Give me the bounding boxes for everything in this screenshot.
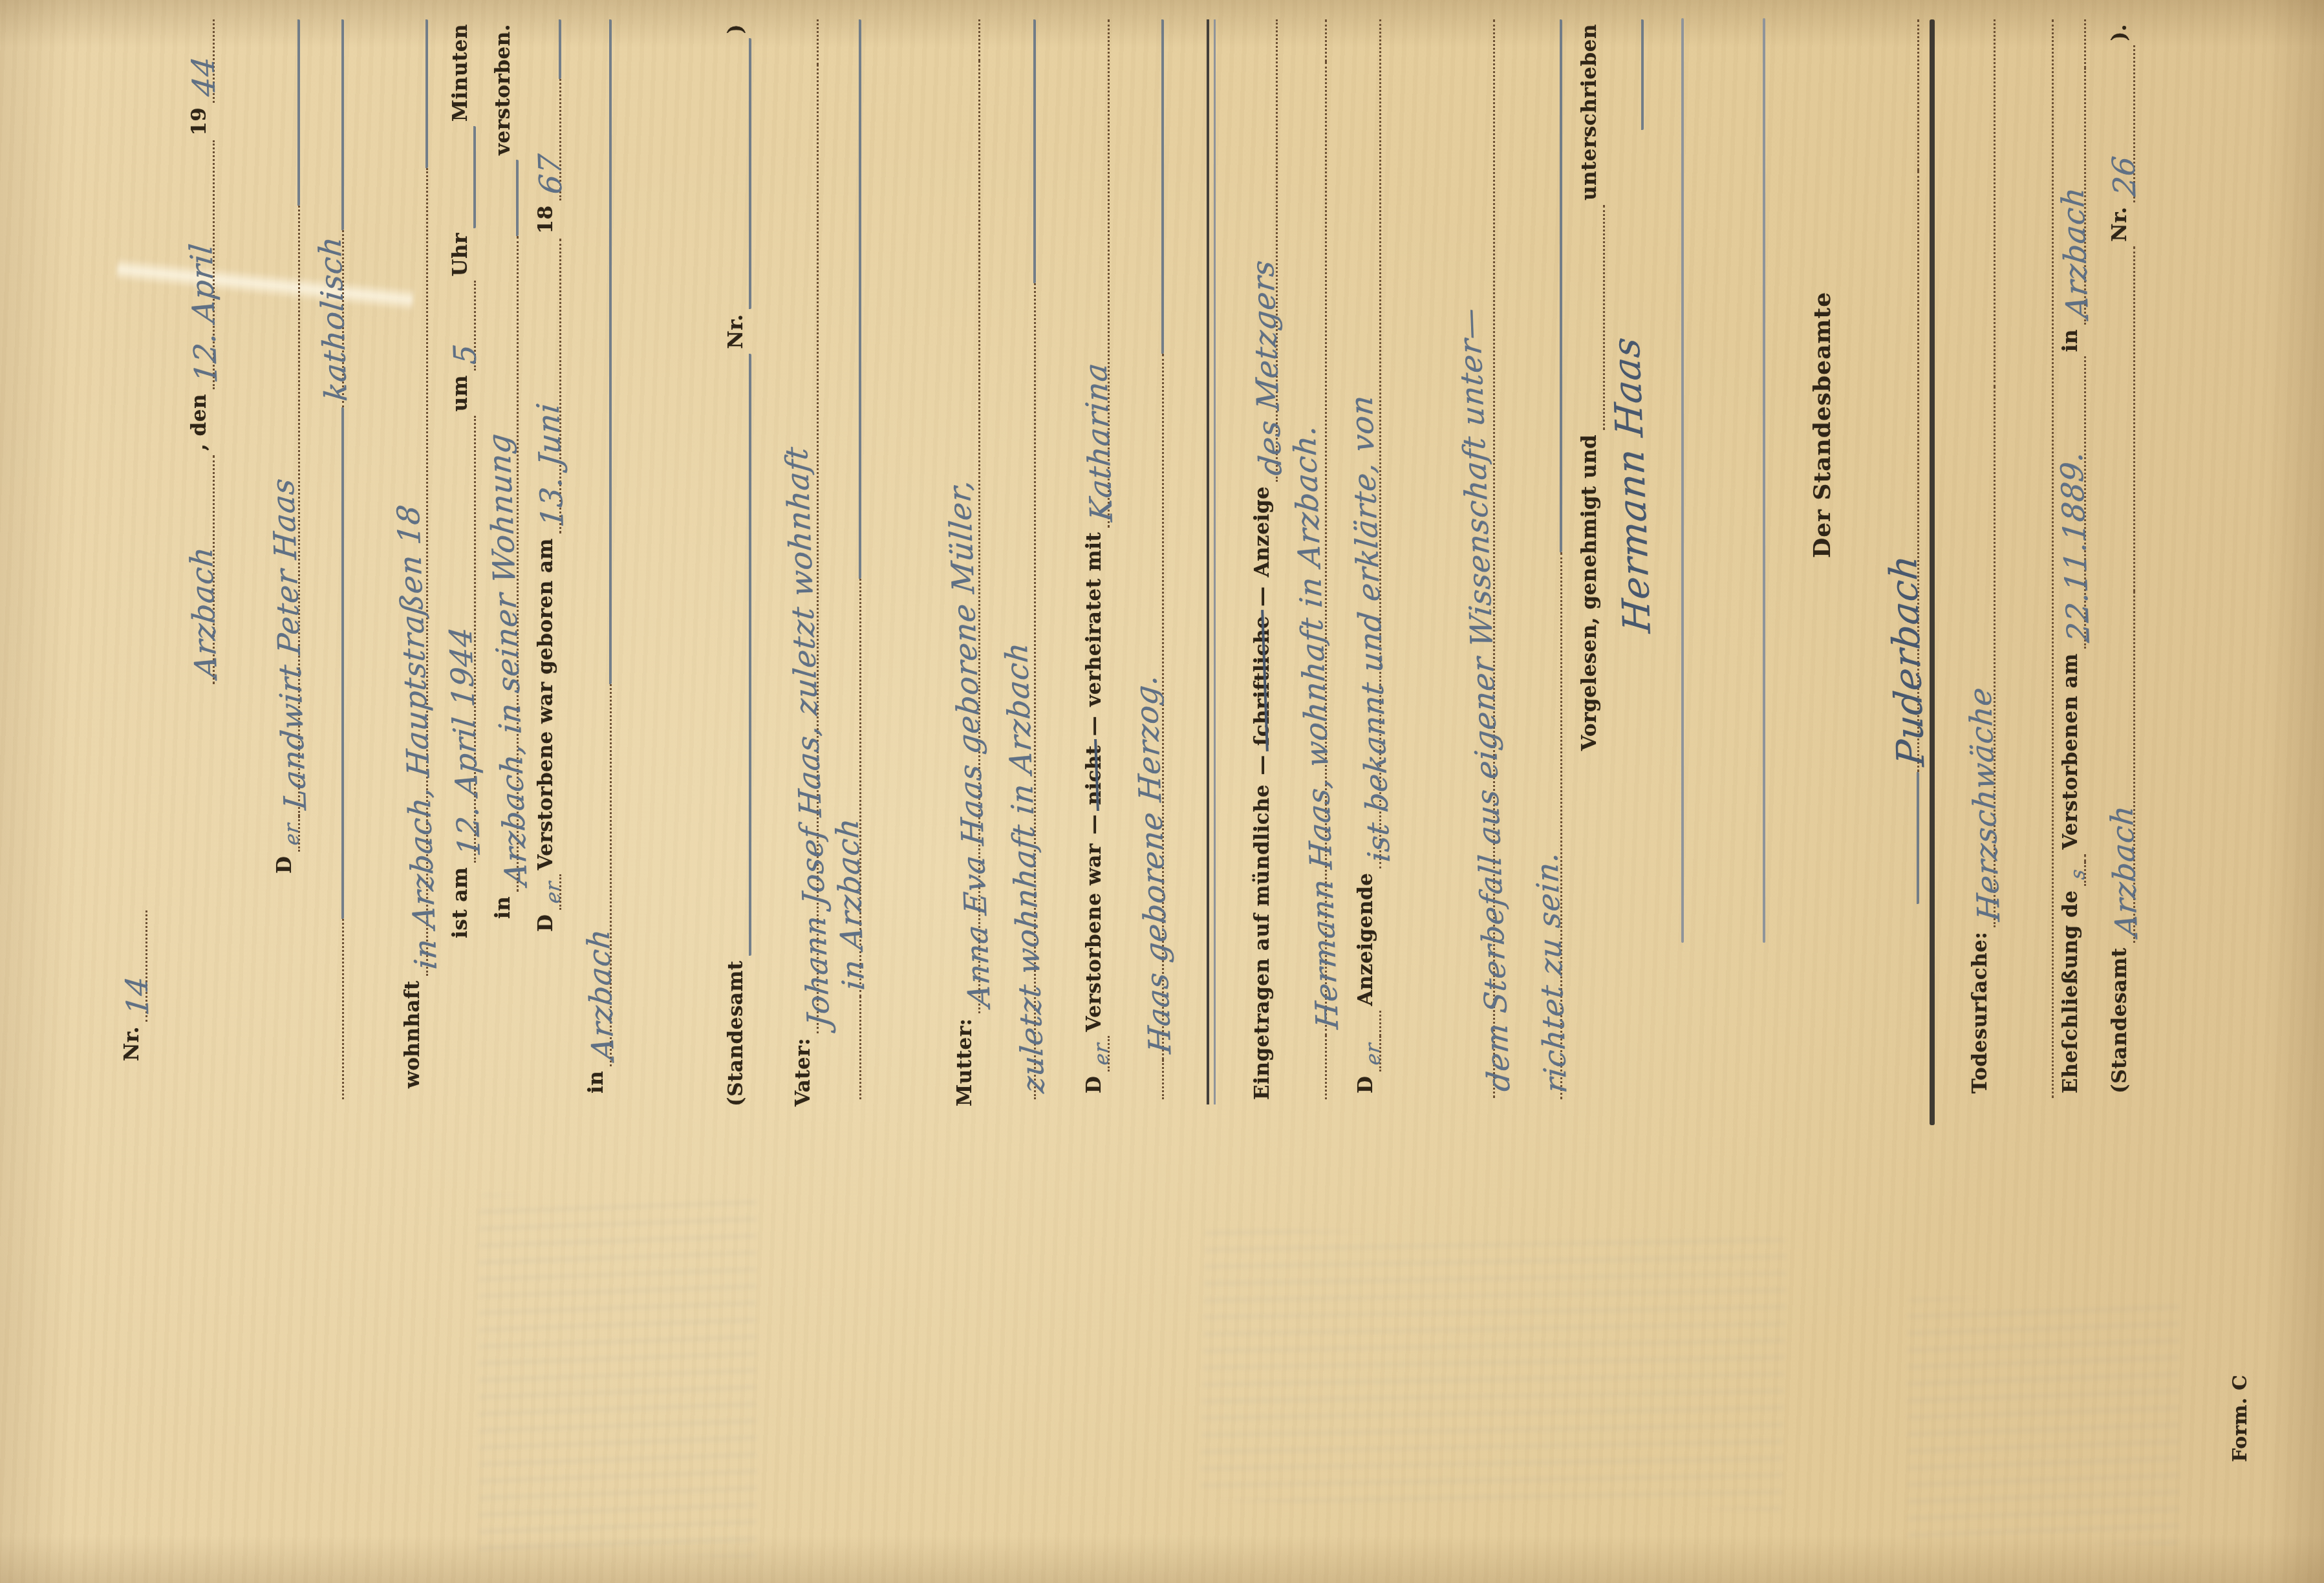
handwriting-text: in Arzbach <box>834 817 868 991</box>
handwriting-text: 12. April <box>188 242 221 384</box>
ink-fill-stroke <box>553 19 561 79</box>
handwriting-text: Haas geborene Herzog. <box>1132 673 1174 1055</box>
handwritten-entry: ist bekannt und erklärte, von <box>1352 19 1381 868</box>
printed-label: Mutter: <box>955 1014 980 1112</box>
handwritten-entry: er <box>1090 1037 1110 1071</box>
handwriting-text: zuletzt wohnhaft in Arzbach <box>1003 641 1048 1094</box>
handwriting-text: ist bekannt und erklärte, von <box>1348 393 1393 863</box>
ink-fill-stroke <box>1156 19 1164 354</box>
informant-status-line: DerAnzeigendeist bekannt und erklärte, v… <box>1332 19 1381 1098</box>
registrar-signature-line: Puderbach <box>1870 19 1919 904</box>
handwritten-entry: 14 <box>119 910 147 1022</box>
printed-label: D <box>1084 1071 1110 1098</box>
dotted-leader <box>1156 1060 1164 1099</box>
place-date-line: Arzbach, den12. April1944 <box>166 19 215 684</box>
dotted-leader <box>336 919 344 1099</box>
printed-label: Form. C <box>2231 1370 2255 1467</box>
handwritten-entry: er <box>542 875 561 910</box>
dotted-leader <box>1319 1035 1327 1099</box>
printed-label: Der Standesbeamte <box>1811 287 1839 563</box>
printed-label: Verstorbene war <box>1084 839 1110 1036</box>
dotted-leader <box>973 19 980 61</box>
printed-label: Eingetragen auf mündliche <box>1253 780 1278 1104</box>
bleedthrough-mark <box>1908 1298 2179 1544</box>
form-label-line: Form. C <box>2206 1195 2255 1467</box>
dotted-leader <box>1911 19 1919 171</box>
printed-label: Nr. <box>726 309 751 353</box>
printed-label: D <box>536 910 561 936</box>
handwriting-text: 67 <box>536 153 565 195</box>
handwritten-entry: Hermann Haas, wohnhaft in Arzbach. <box>1298 62 1327 1035</box>
printed-label: Todesurſache: <box>1970 927 1996 1098</box>
printed-label: , den <box>189 389 215 455</box>
ink-fill-stroke <box>336 407 344 919</box>
printed-label: Nr. <box>2110 202 2135 246</box>
handwriting-text: er <box>1092 1042 1110 1066</box>
handwriting-text: Puderbach <box>1886 553 1928 767</box>
informant-statement-line-2: richtet zu sein. <box>1513 19 1562 1099</box>
notice-line: Eingetragen auf mündliche—ſchriftliche—A… <box>1229 19 1278 1104</box>
handwriting-text: s <box>2069 868 2087 880</box>
handwriting-text: er <box>1364 1042 1382 1066</box>
printed-label: (Standesamt <box>726 956 751 1111</box>
residence-line: wohnhaftin Arzbach, Hauptstraßen 18 <box>379 19 428 1093</box>
dotted-leader <box>854 996 861 1099</box>
printed-label: Nr. <box>122 1022 147 1066</box>
cause-of-death-line: Todesurſache:Herzschwäche <box>1946 19 1996 1098</box>
blank-signature-rule-2 <box>1763 18 1765 943</box>
printed-label: (Standesamt <box>2110 943 2135 1098</box>
handwritten-entry: katholisch <box>315 230 344 408</box>
handwriting-text: Arzbach <box>188 545 221 679</box>
blank-signature-rule-1 <box>1681 18 1684 943</box>
handwriting-text: Hermann Haas <box>1609 336 1654 634</box>
printed-label: 18 <box>536 200 561 238</box>
dotted-leader <box>2078 854 2086 862</box>
handwritten-entry: Arzbach <box>186 455 215 684</box>
printed-label: Verstorbene war geboren am <box>536 533 561 874</box>
printed-label: ). <box>2110 19 2135 45</box>
printed-label: — <box>1253 581 1278 611</box>
printed-label: ) <box>726 19 751 38</box>
dotted-leader <box>2078 19 2086 68</box>
spouse-line: Haas geborene Herzog. <box>1115 19 1164 1099</box>
bleedthrough-mark <box>1200 1229 1787 1511</box>
entry-number-line: Nr.14 <box>98 910 147 1066</box>
informant-statement-line: dem Sterbefall aus eigener Wissenschaft … <box>1446 19 1495 1098</box>
handwritten-entry: 44 <box>186 19 215 103</box>
handwritten-entry: zuletzt wohnhaft in Arzbach <box>1007 283 1036 1099</box>
marriage-registry-line: (StandesamtArzbachNr.26). <box>2086 19 2135 1098</box>
handwritten-entry: dem Sterbefall aus eigener Wissenschaft … <box>1466 19 1495 1098</box>
handwritten-entry: des Metzgers <box>1249 19 1278 482</box>
handwriting-text: 26 <box>2110 155 2139 197</box>
dotted-leader <box>2127 246 2135 592</box>
handwritten-entry: Haas geborene Herzog. <box>1135 354 1164 1060</box>
handwritten-entry: 67 <box>532 79 561 201</box>
informant-signature-line: Hermann Haas <box>1595 19 1644 639</box>
handwritten-entry: Arzbach <box>2106 592 2135 943</box>
informant-line: Hermann Haas, wohnhaft in Arzbach. <box>1278 19 1327 1099</box>
father-line: Vater:Johann Josef Haas, zuletzt wohnhaf… <box>769 19 819 1111</box>
handwritten-entry: Arzbach <box>2057 68 2086 325</box>
document-sheet: Nr.14Arzbach, den12. April1944DerLandwir… <box>0 0 2324 1583</box>
printed-label: Eheſchließung de <box>2061 886 2086 1098</box>
handwritten-entry: in Arzbach <box>832 579 861 997</box>
printed-label: — <box>1084 711 1110 741</box>
handwriting-text: Herzschwäche <box>1967 685 2003 921</box>
handwritten-entry: 12. April <box>186 140 215 389</box>
ink-fill-stroke <box>336 19 344 230</box>
printed-label: verheiratet mit <box>1084 528 1110 711</box>
death-place-line: inArzbach, in seiner Wohnungverstorben. <box>469 19 519 923</box>
marriage-line: Eheſchließung desVerstorbenen am22.11.18… <box>2037 19 2086 1098</box>
ink-fill-stroke <box>743 354 751 956</box>
handwriting-text: 14 <box>123 975 151 1017</box>
registrar-title-line: Der Standesbeamte <box>1790 19 1839 563</box>
mother-line: Mutter:Anna Eva Haas geborene Müller, <box>931 19 980 1111</box>
handwritten-entry: in Arzbach, Hauptstraßen 18 <box>399 168 428 976</box>
handwritten-entry: 26 <box>2106 45 2135 202</box>
ink-fill-stroke <box>1911 772 1919 904</box>
handwritten-entry: er <box>1362 1037 1381 1071</box>
printed-label: — <box>1084 810 1110 839</box>
handwriting-text: Arzbach <box>585 927 618 1061</box>
death-date-line: ist am12. April 1944um5UhrMinuten <box>427 19 476 943</box>
printed-label: — <box>1253 750 1278 780</box>
birth-registry-line: (StandesamtNr.) <box>702 19 751 1111</box>
marital-status-line: DerVerstorbene war—nicht—verheiratet mit… <box>1060 19 1110 1098</box>
printed-label: 19 <box>189 103 215 140</box>
printed-label: wohnhaft <box>403 976 428 1093</box>
birth-date-line: DerVerstorbene war geboren am13. Juni186… <box>512 19 561 936</box>
handwritten-entry: Arzbach <box>583 684 612 1066</box>
handwriting-text: katholisch <box>317 235 350 402</box>
handwriting-text: er <box>544 880 562 904</box>
printed-label: Verstorbenen am <box>2061 649 2086 854</box>
printed-label-struck: nicht <box>1084 740 1110 810</box>
printed-label: Anzeige <box>1253 482 1278 582</box>
handwritten-entry: 22.11.1889. <box>2057 356 2086 649</box>
ink-fill-stroke <box>743 38 751 309</box>
father-line-2: in Arzbach <box>812 19 861 1099</box>
handwritten-entry: 13. Juni <box>532 239 561 534</box>
handwritten-entry: Hermann Haas <box>1608 130 1644 639</box>
mother-line-2: zuletzt wohnhaft in Arzbach <box>987 19 1036 1099</box>
dotted-leader <box>1319 19 1327 62</box>
handwriting-text: Katharina <box>1082 361 1116 522</box>
handwritten-entry: Puderbach <box>1884 171 1919 772</box>
handwritten-entry: Herzschwäche <box>1966 387 1996 927</box>
dotted-leader <box>1988 19 1996 387</box>
ink-fill-stroke <box>1635 19 1644 130</box>
ink-fill-stroke <box>853 19 861 579</box>
handwritten-entry: Anna Eva Haas geborene Müller, <box>951 61 980 1014</box>
scanned-register-page: Nr.14Arzbach, den12. April1944DerLandwir… <box>0 0 2324 1583</box>
printed-label: Anzeigende <box>1356 868 1381 1011</box>
handwriting-text: richtet zu sein. <box>1533 850 1570 1094</box>
handwriting-text: dem Sterbefall aus eigener Wissenschaft … <box>1456 307 1513 1093</box>
ink-fill-stroke <box>603 19 612 684</box>
closing-rule <box>1930 19 1935 1125</box>
handwriting-text: 44 <box>189 55 219 98</box>
printed-label: in <box>2061 325 2086 356</box>
printed-label-struck: ſchriftliche <box>1253 611 1278 750</box>
handwritten-entry: Katharina <box>1081 19 1110 528</box>
bleedthrough-mark <box>479 1195 757 1557</box>
ink-fill-stroke <box>1028 19 1036 283</box>
printed-label: in <box>586 1066 612 1098</box>
printed-label: D <box>1356 1071 1381 1098</box>
separator-rule <box>1207 19 1216 1104</box>
birth-place-line: inArzbach <box>563 19 612 1098</box>
dotted-leader <box>1373 1011 1381 1037</box>
deceased-name-line-2: katholisch <box>295 19 344 1099</box>
handwritten-entry: s <box>2067 862 2086 885</box>
handwriting-text: Arzbach <box>2109 804 2141 938</box>
deceased-name-line: DerLandwirt Peter Haas <box>251 19 300 878</box>
